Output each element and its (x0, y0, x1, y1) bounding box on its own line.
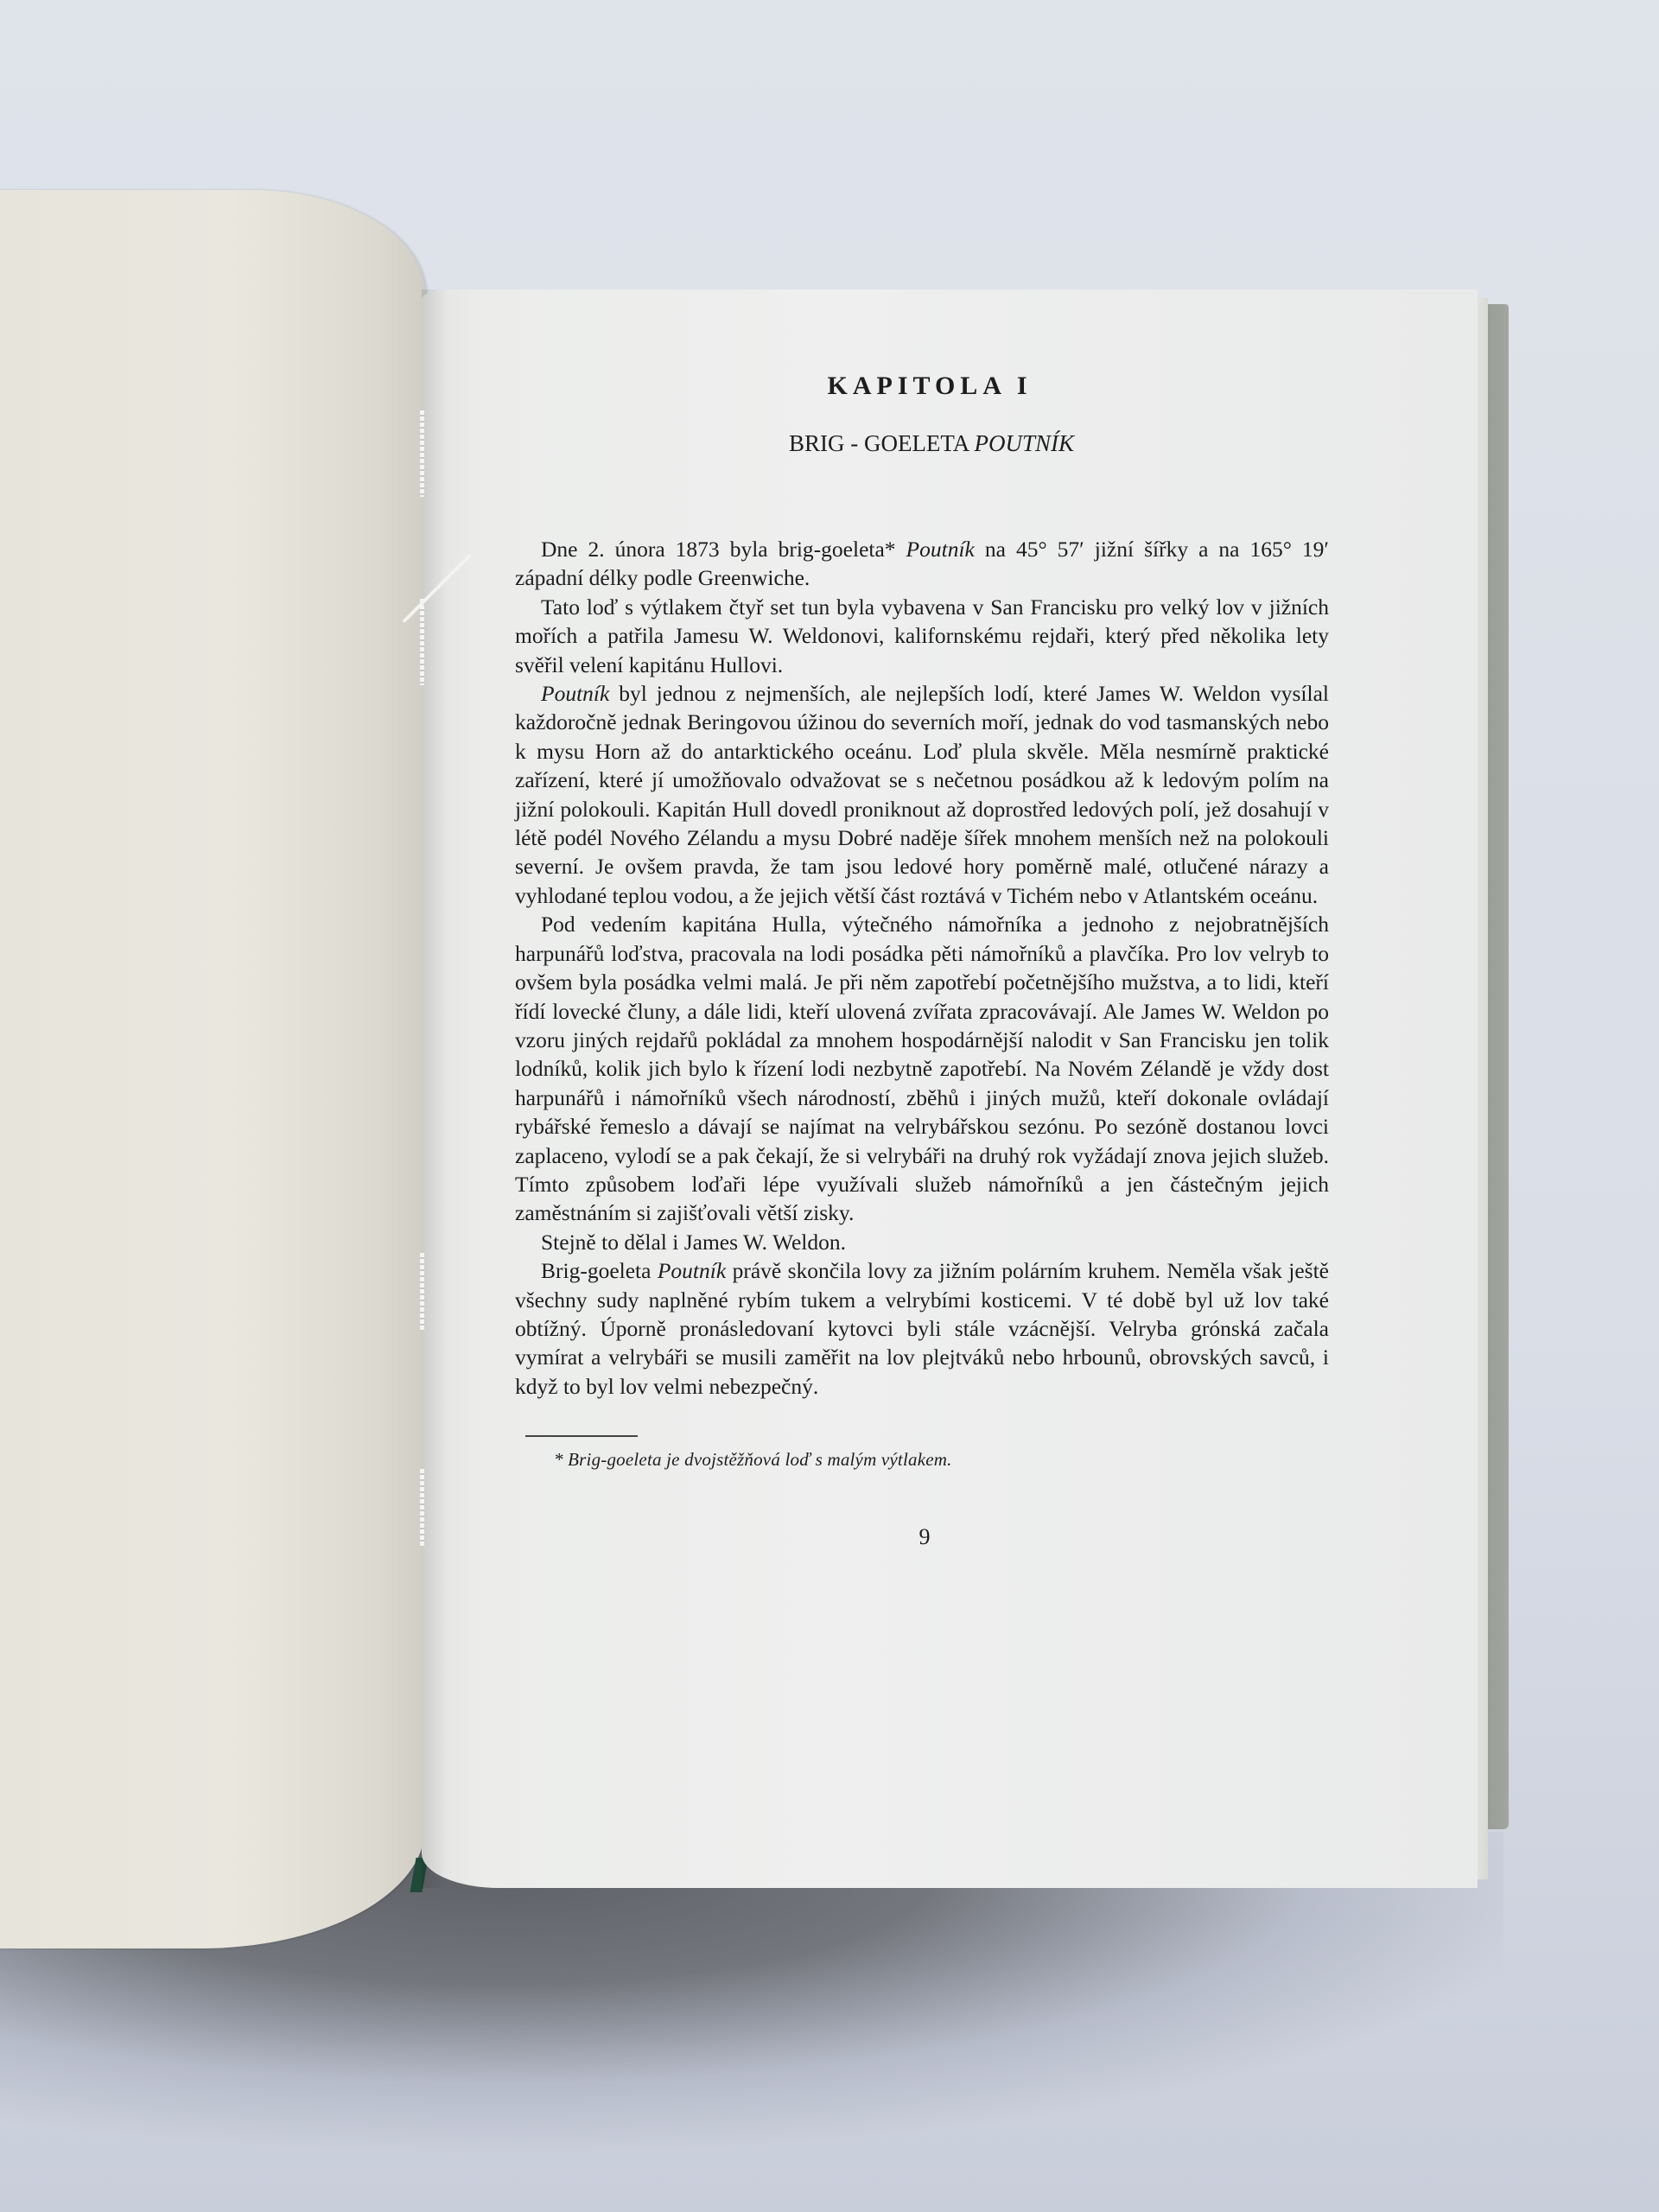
paragraph-text: byl jednou z nejmenších, ale nejlepších … (515, 681, 1329, 908)
chapter-title-prefix: BRIG - GOELETA (789, 430, 975, 456)
paragraph: Pod vedením kapitána Hulla, výtečného ná… (515, 910, 1329, 1227)
binding-stitch (420, 1469, 424, 1547)
footnote: * Brig-goeleta je dvojstěžňová loď s mal… (554, 1449, 1329, 1471)
chapter-title-ship-name: POUTNÍK (975, 430, 1075, 456)
paragraph-text: Brig-goeleta (541, 1258, 658, 1283)
binding-stitch (420, 410, 424, 497)
page-number: 9 (515, 1524, 1329, 1550)
left-page-curled (0, 190, 425, 1948)
paragraph-text: Pod vedením kapitána Hulla, výtečného ná… (515, 912, 1329, 1225)
paragraph: Poutník byl jednou z nejmenších, ale nej… (515, 679, 1329, 910)
italic-ship-name: Poutník (906, 537, 975, 562)
paragraph-text: Tato loď s výtlakem čtyř set tun byla vy… (515, 594, 1329, 677)
paragraph-text: Dne 2. února 1873 byla brig-goeleta* (541, 537, 906, 562)
binding-stitch (420, 1253, 424, 1331)
binding-stitch (420, 599, 424, 685)
paragraph-text: Stejně to dělal i James W. Weldon. (541, 1230, 846, 1255)
paragraph: Stejně to dělal i James W. Weldon. (515, 1228, 1329, 1256)
italic-ship-name: Poutník (658, 1258, 726, 1283)
paragraph: Brig-goeleta Poutník právě skončila lovy… (515, 1256, 1329, 1401)
paragraph: Tato loď s výtlakem čtyř set tun byla vy… (515, 593, 1329, 679)
page-text: KAPITOLA I BRIG - GOELETA POUTNÍK Dne 2.… (515, 372, 1329, 1550)
gutter-shadow (422, 289, 448, 1888)
italic-ship-name: Poutník (541, 681, 609, 706)
chapter-heading: KAPITOLA I (515, 372, 1329, 401)
body-text: Dne 2. února 1873 byla brig-goeleta* Pou… (515, 535, 1329, 1401)
chapter-title: BRIG - GOELETA POUTNÍK (515, 430, 1329, 457)
footnote-rule (525, 1435, 638, 1437)
paragraph: Dne 2. února 1873 byla brig-goeleta* Pou… (515, 535, 1329, 593)
